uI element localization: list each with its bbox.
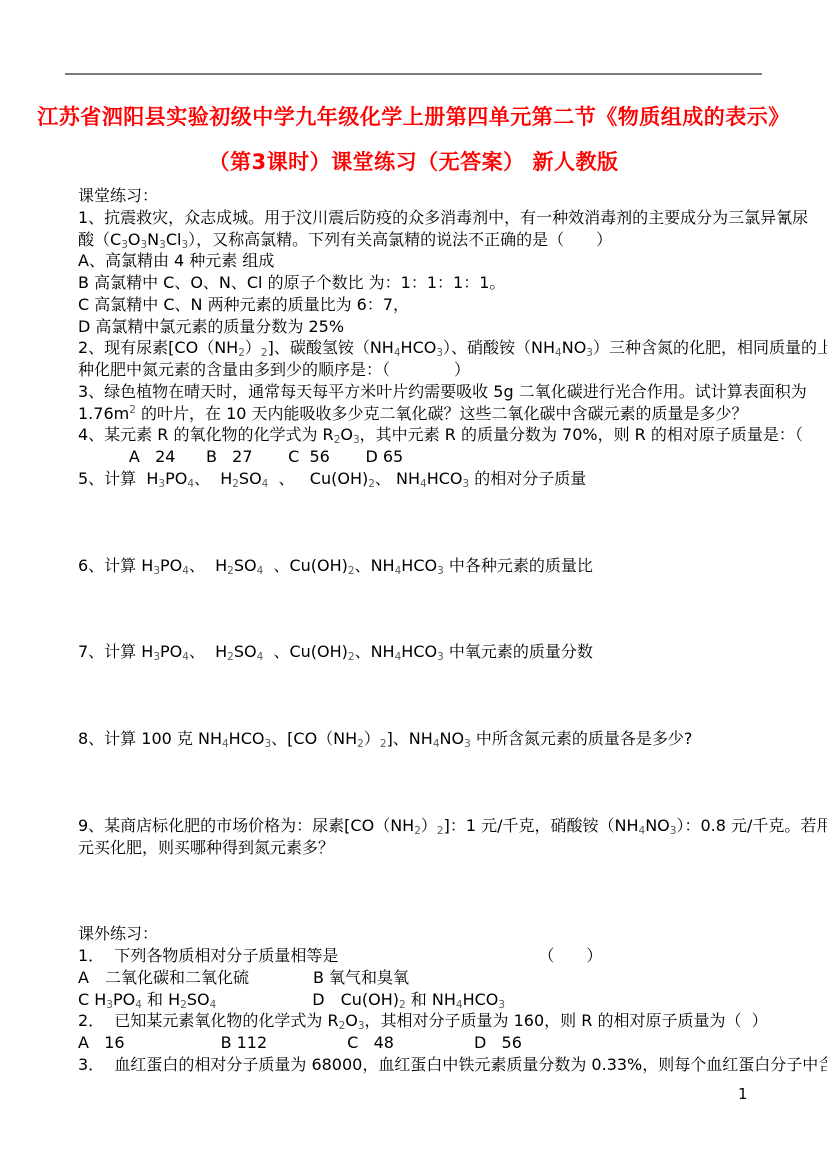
text-line: A 二氧化碳和二氧化硫 B 氧气和臭氧 bbox=[78, 967, 778, 989]
text-line: 1、抗震救灾，众志成城。用于汶川震后防疫的众多消毒剂中，有一种效消毒剂的主要成分… bbox=[78, 207, 778, 229]
text-line: 课堂练习： bbox=[78, 185, 778, 207]
text-line: 7、计算 H3PO4、 H2SO4 、Cu(OH)2、NH4HCO3 中氧元素的… bbox=[78, 641, 778, 663]
text-line: 1.76m2 的叶片，在 10 天内能吸收多少克二氧化碳？这些二氧化碳中含碳元素… bbox=[78, 403, 778, 425]
text-line: 6、计算 H3PO4、 H2SO4 、Cu(OH)2、NH4HCO3 中各种元素… bbox=[78, 555, 778, 577]
text-line: A 24 B 27 C 56 D 65 bbox=[78, 446, 778, 468]
text-line: D 高氯精中氯元素的质量分数为 25% bbox=[78, 316, 778, 338]
text-line: C H3PO4 和 H2SO4 D Cu(OH)2 和 NH4HCO3 bbox=[78, 989, 778, 1011]
text-line: B 高氯精中 C、O、N、Cl 的原子个数比 为：1：1：1：1。 bbox=[78, 272, 778, 294]
header-rule bbox=[65, 73, 762, 75]
text-line: 3． 血红蛋白的相对分子质量为 68000，血红蛋白中铁元素质量分数为 0.33… bbox=[78, 1054, 778, 1076]
text-line: 酸（C3O3N3Cl3），又称高氯精。下列有关高氯精的说法不正确的是（ ） bbox=[78, 229, 778, 251]
text-line: A、高氯精由 4 种元素 组成 bbox=[78, 250, 778, 272]
text-line: 2． 已知某元素氧化物的化学式为 R2O3，其相对分子质量为 160，则 R 的… bbox=[78, 1010, 778, 1032]
text-line: 5、计算 H3PO4、 H2SO4 、 Cu(OH)2、 NH4HCO3 的相对… bbox=[78, 468, 778, 490]
document-body: 课堂练习：1、抗震救灾，众志成城。用于汶川震后防疫的众多消毒剂中，有一种效消毒剂… bbox=[78, 185, 778, 1076]
document-page: 江苏省泗阳县实验初级中学九年级化学上册第四单元第二节《物质组成的表示》 （第3课… bbox=[0, 0, 827, 1170]
title-line-2: （第3课时）课堂练习（无答案） 新人教版 bbox=[0, 149, 827, 175]
text-line: 课外练习： bbox=[78, 923, 778, 945]
text-line: 9、某商店标化肥的市场价格为：尿素[CO（NH2）2]：1 元/千克，硝酸铵（N… bbox=[78, 815, 778, 837]
text-line: C 高氯精中 C、N 两种元素的质量比为 6：7， bbox=[78, 294, 778, 316]
text-line: 元买化肥，则买哪种得到氮元素多？ bbox=[78, 837, 778, 859]
document-title: 江苏省泗阳县实验初级中学九年级化学上册第四单元第二节《物质组成的表示》 （第3课… bbox=[0, 104, 827, 175]
text-line: 4、某元素 R 的氧化物的化学式为 R2O3，其中元素 R 的质量分数为 70%… bbox=[78, 424, 778, 446]
text-line: 8、计算 100 克 NH4HCO3、[CO（NH2）2]、NH4NO3 中所含… bbox=[78, 728, 778, 750]
text-line: 1． 下列各物质相对分子质量相等是 （ ） bbox=[78, 945, 778, 967]
text-line: A 16 B 112 C 48 D 56 bbox=[78, 1032, 778, 1054]
text-line: 3、绿色植物在晴天时，通常每天每平方米叶片约需要吸收 5g 二氧化碳进行光合作用… bbox=[78, 381, 778, 403]
title-line-1: 江苏省泗阳县实验初级中学九年级化学上册第四单元第二节《物质组成的表示》 bbox=[0, 104, 827, 130]
text-line: 种化肥中氮元素的含量由多到少的顺序是：（ ） bbox=[78, 359, 778, 381]
text-line: 2、现有尿素[CO（NH2）2]、碳酸氢铵（NH4HCO3）、硝酸铵（NH4NO… bbox=[78, 337, 778, 359]
page-number: 1 bbox=[738, 1085, 748, 1103]
